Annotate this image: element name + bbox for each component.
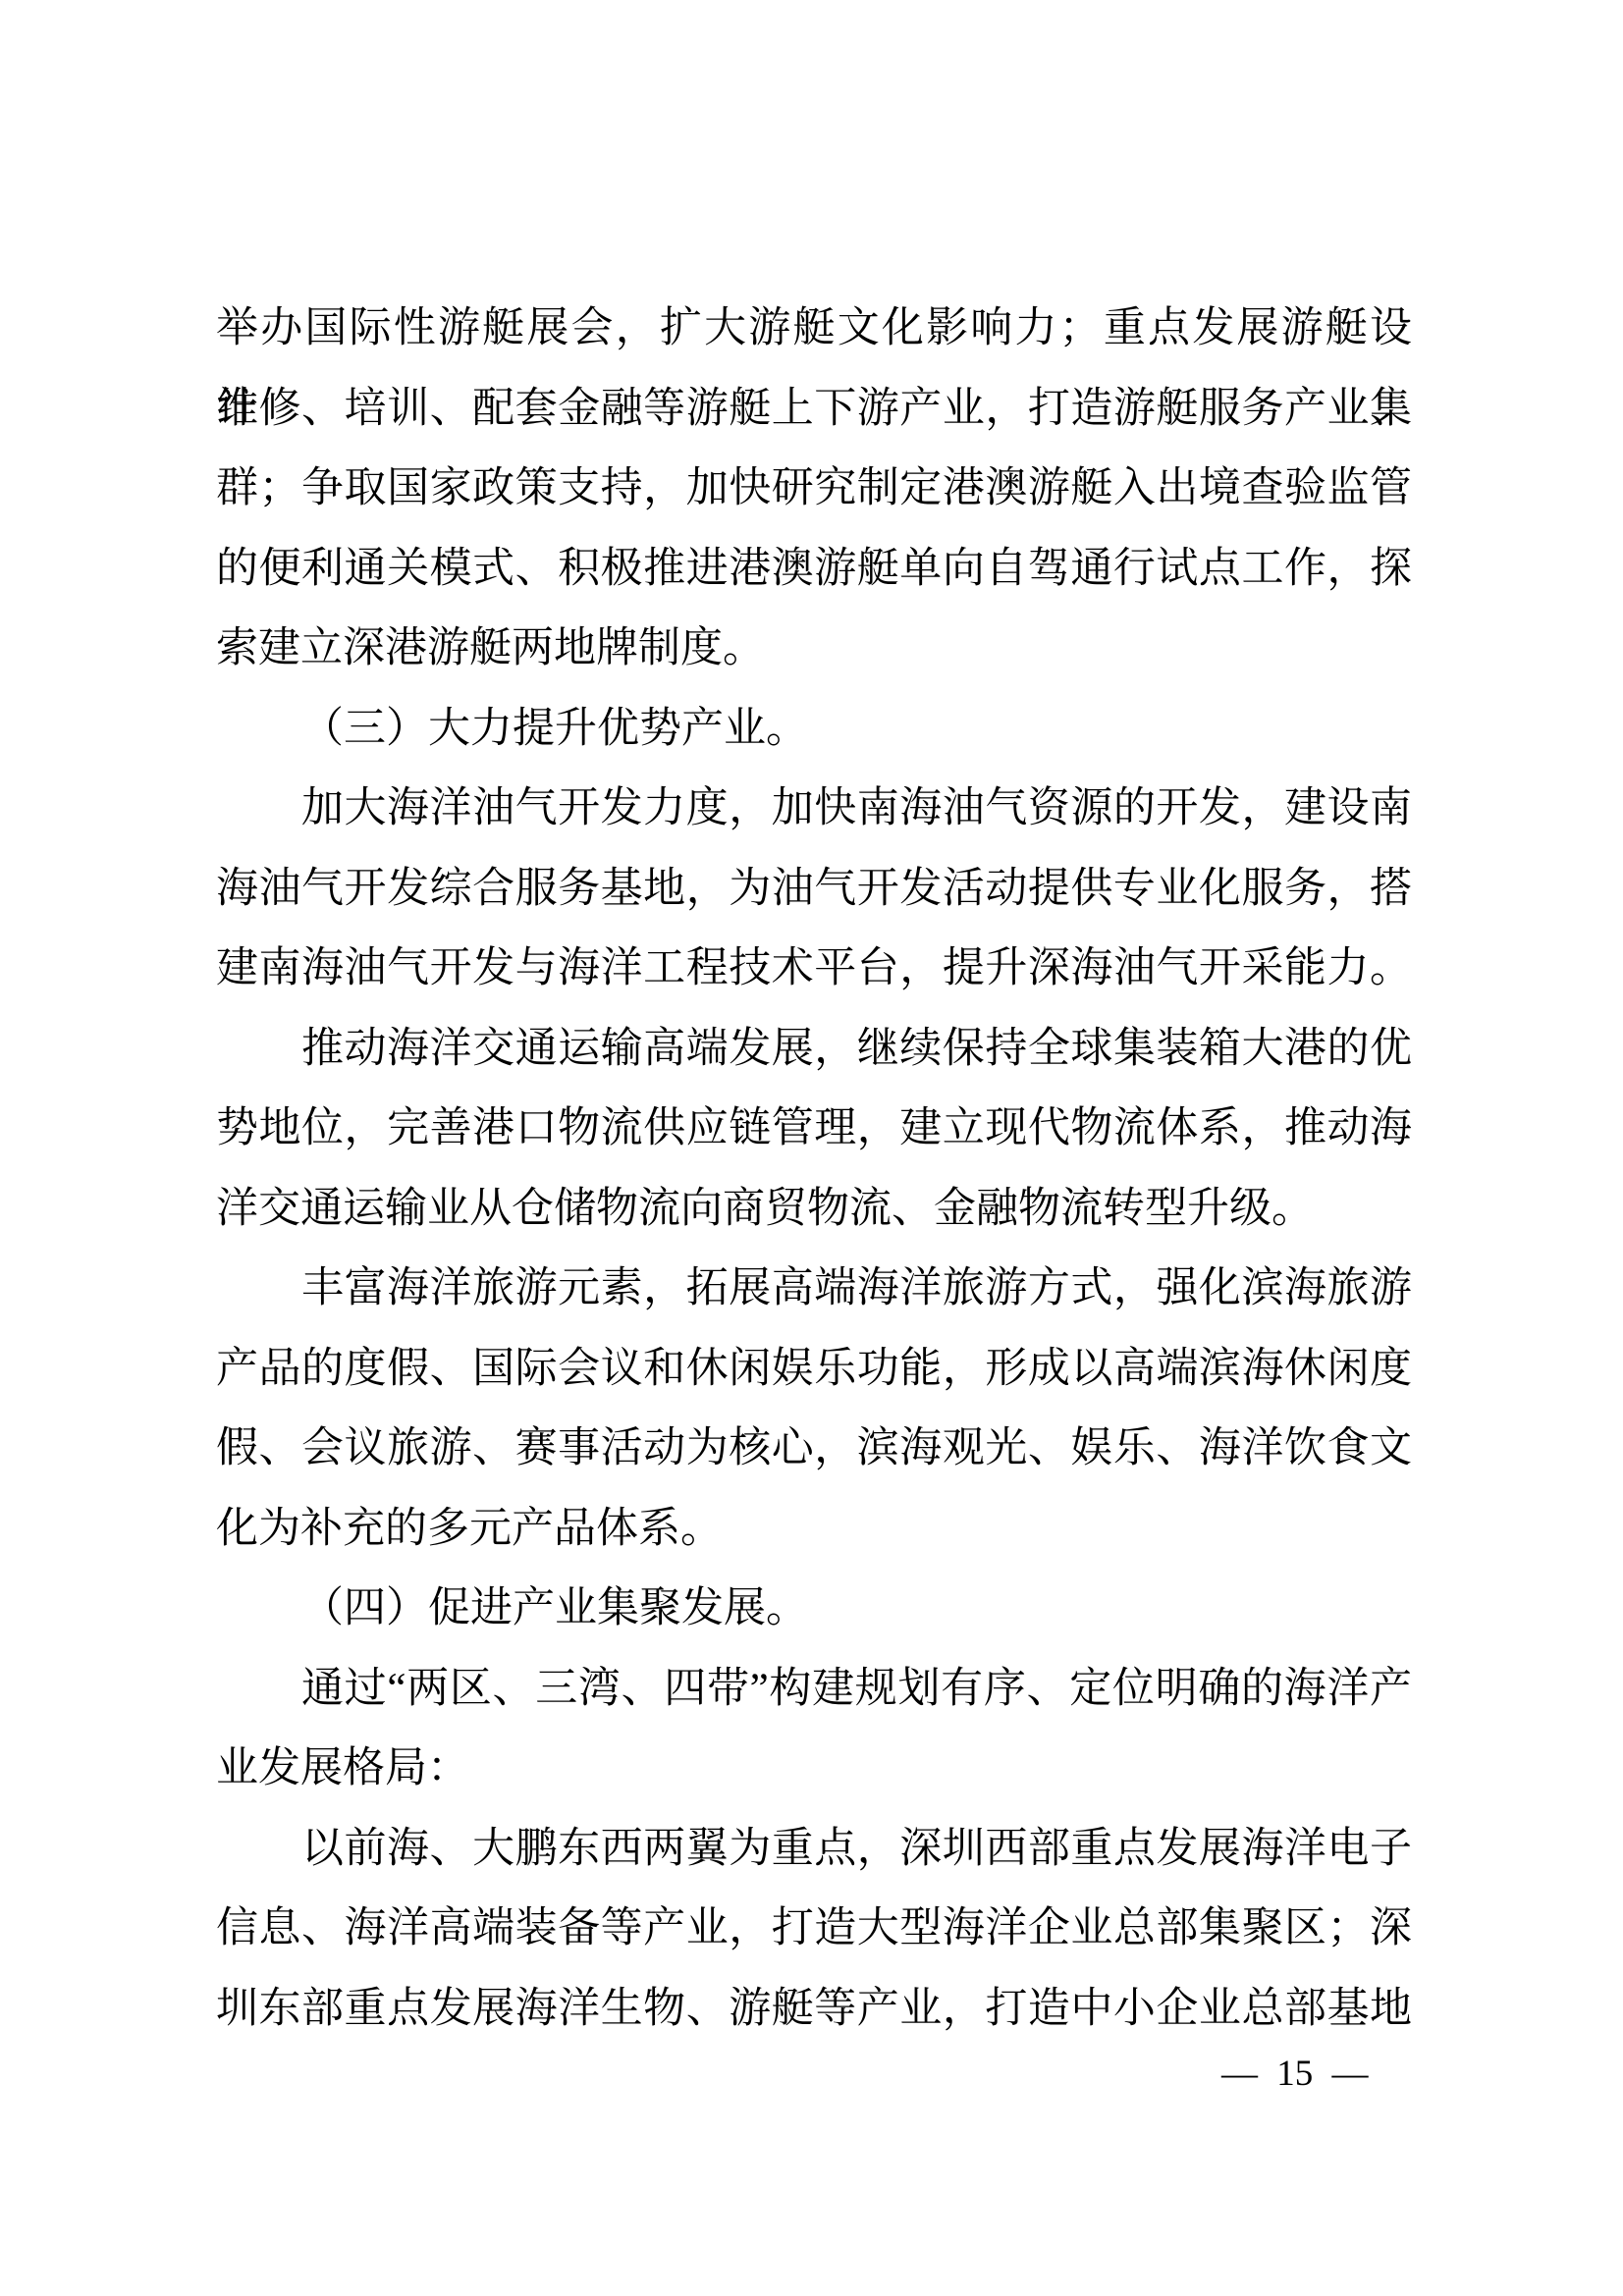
page-number: — 15 — <box>1221 2052 1369 2097</box>
section-heading: （三）大力提升优势产业。 <box>216 689 1412 770</box>
text-line: 群；争取国家政策支持，加快研究制定港澳游艇入出境查验监管 <box>216 449 1412 529</box>
text-line: 化为补充的多元产品体系。 <box>216 1489 1412 1570</box>
text-line: 产品的度假、国际会议和休闲娱乐功能，形成以高端滨海休闲度 <box>216 1329 1412 1410</box>
text-line: 以前海、大鹏东西两翼为重点，深圳西部重点发展海洋电子 <box>216 1809 1412 1890</box>
text-line: 势地位，完善港口物流供应链管理，建立现代物流体系，推动海 <box>216 1089 1412 1169</box>
text-line: 的便利通关模式、积极推进港澳游艇单向自驾通行试点工作，探 <box>216 529 1412 610</box>
text-line: 假、会议旅游、赛事活动为核心，滨海观光、娱乐、海洋饮食文 <box>216 1409 1412 1489</box>
text-line: 业发展格局： <box>216 1729 1412 1809</box>
text-line: 信息、海洋高端装备等产业，打造大型海洋企业总部集聚区；深 <box>216 1889 1412 1969</box>
text-line: 举办国际性游艇展会，扩大游艇文化影响力；重点发展游艇设计、 <box>216 289 1412 369</box>
section-heading: （四）促进产业集聚发展。 <box>216 1569 1412 1649</box>
document-page: 举办国际性游艇展会，扩大游艇文化影响力；重点发展游艇设计、 维修、培训、配套金融… <box>0 0 1623 2296</box>
body-text: 举办国际性游艇展会，扩大游艇文化影响力；重点发展游艇设计、 维修、培训、配套金融… <box>216 289 1412 2049</box>
text-line: 圳东部重点发展海洋生物、游艇等产业，打造中小企业总部基地 <box>216 1969 1412 2050</box>
text-line: 洋交通运输业从仓储物流向商贸物流、金融物流转型升级。 <box>216 1169 1412 1250</box>
text-line: 加大海洋油气开发力度，加快南海油气资源的开发，建设南 <box>216 769 1412 849</box>
text-line: 推动海洋交通运输高端发展，继续保持全球集装箱大港的优 <box>216 1009 1412 1090</box>
text-line: 通过“两区、三湾、四带”构建规划有序、定位明确的海洋产 <box>216 1649 1412 1730</box>
text-line: 海油气开发综合服务基地，为油气开发活动提供专业化服务，搭 <box>216 849 1412 930</box>
text-line: 建南海油气开发与海洋工程技术平台，提升深海油气开采能力。 <box>216 929 1412 1009</box>
text-line: 索建立深港游艇两地牌制度。 <box>216 609 1412 689</box>
text-line: 维修、培训、配套金融等游艇上下游产业，打造游艇服务产业集 <box>216 369 1412 450</box>
text-line: 丰富海洋旅游元素，拓展高端海洋旅游方式，强化滨海旅游 <box>216 1249 1412 1329</box>
